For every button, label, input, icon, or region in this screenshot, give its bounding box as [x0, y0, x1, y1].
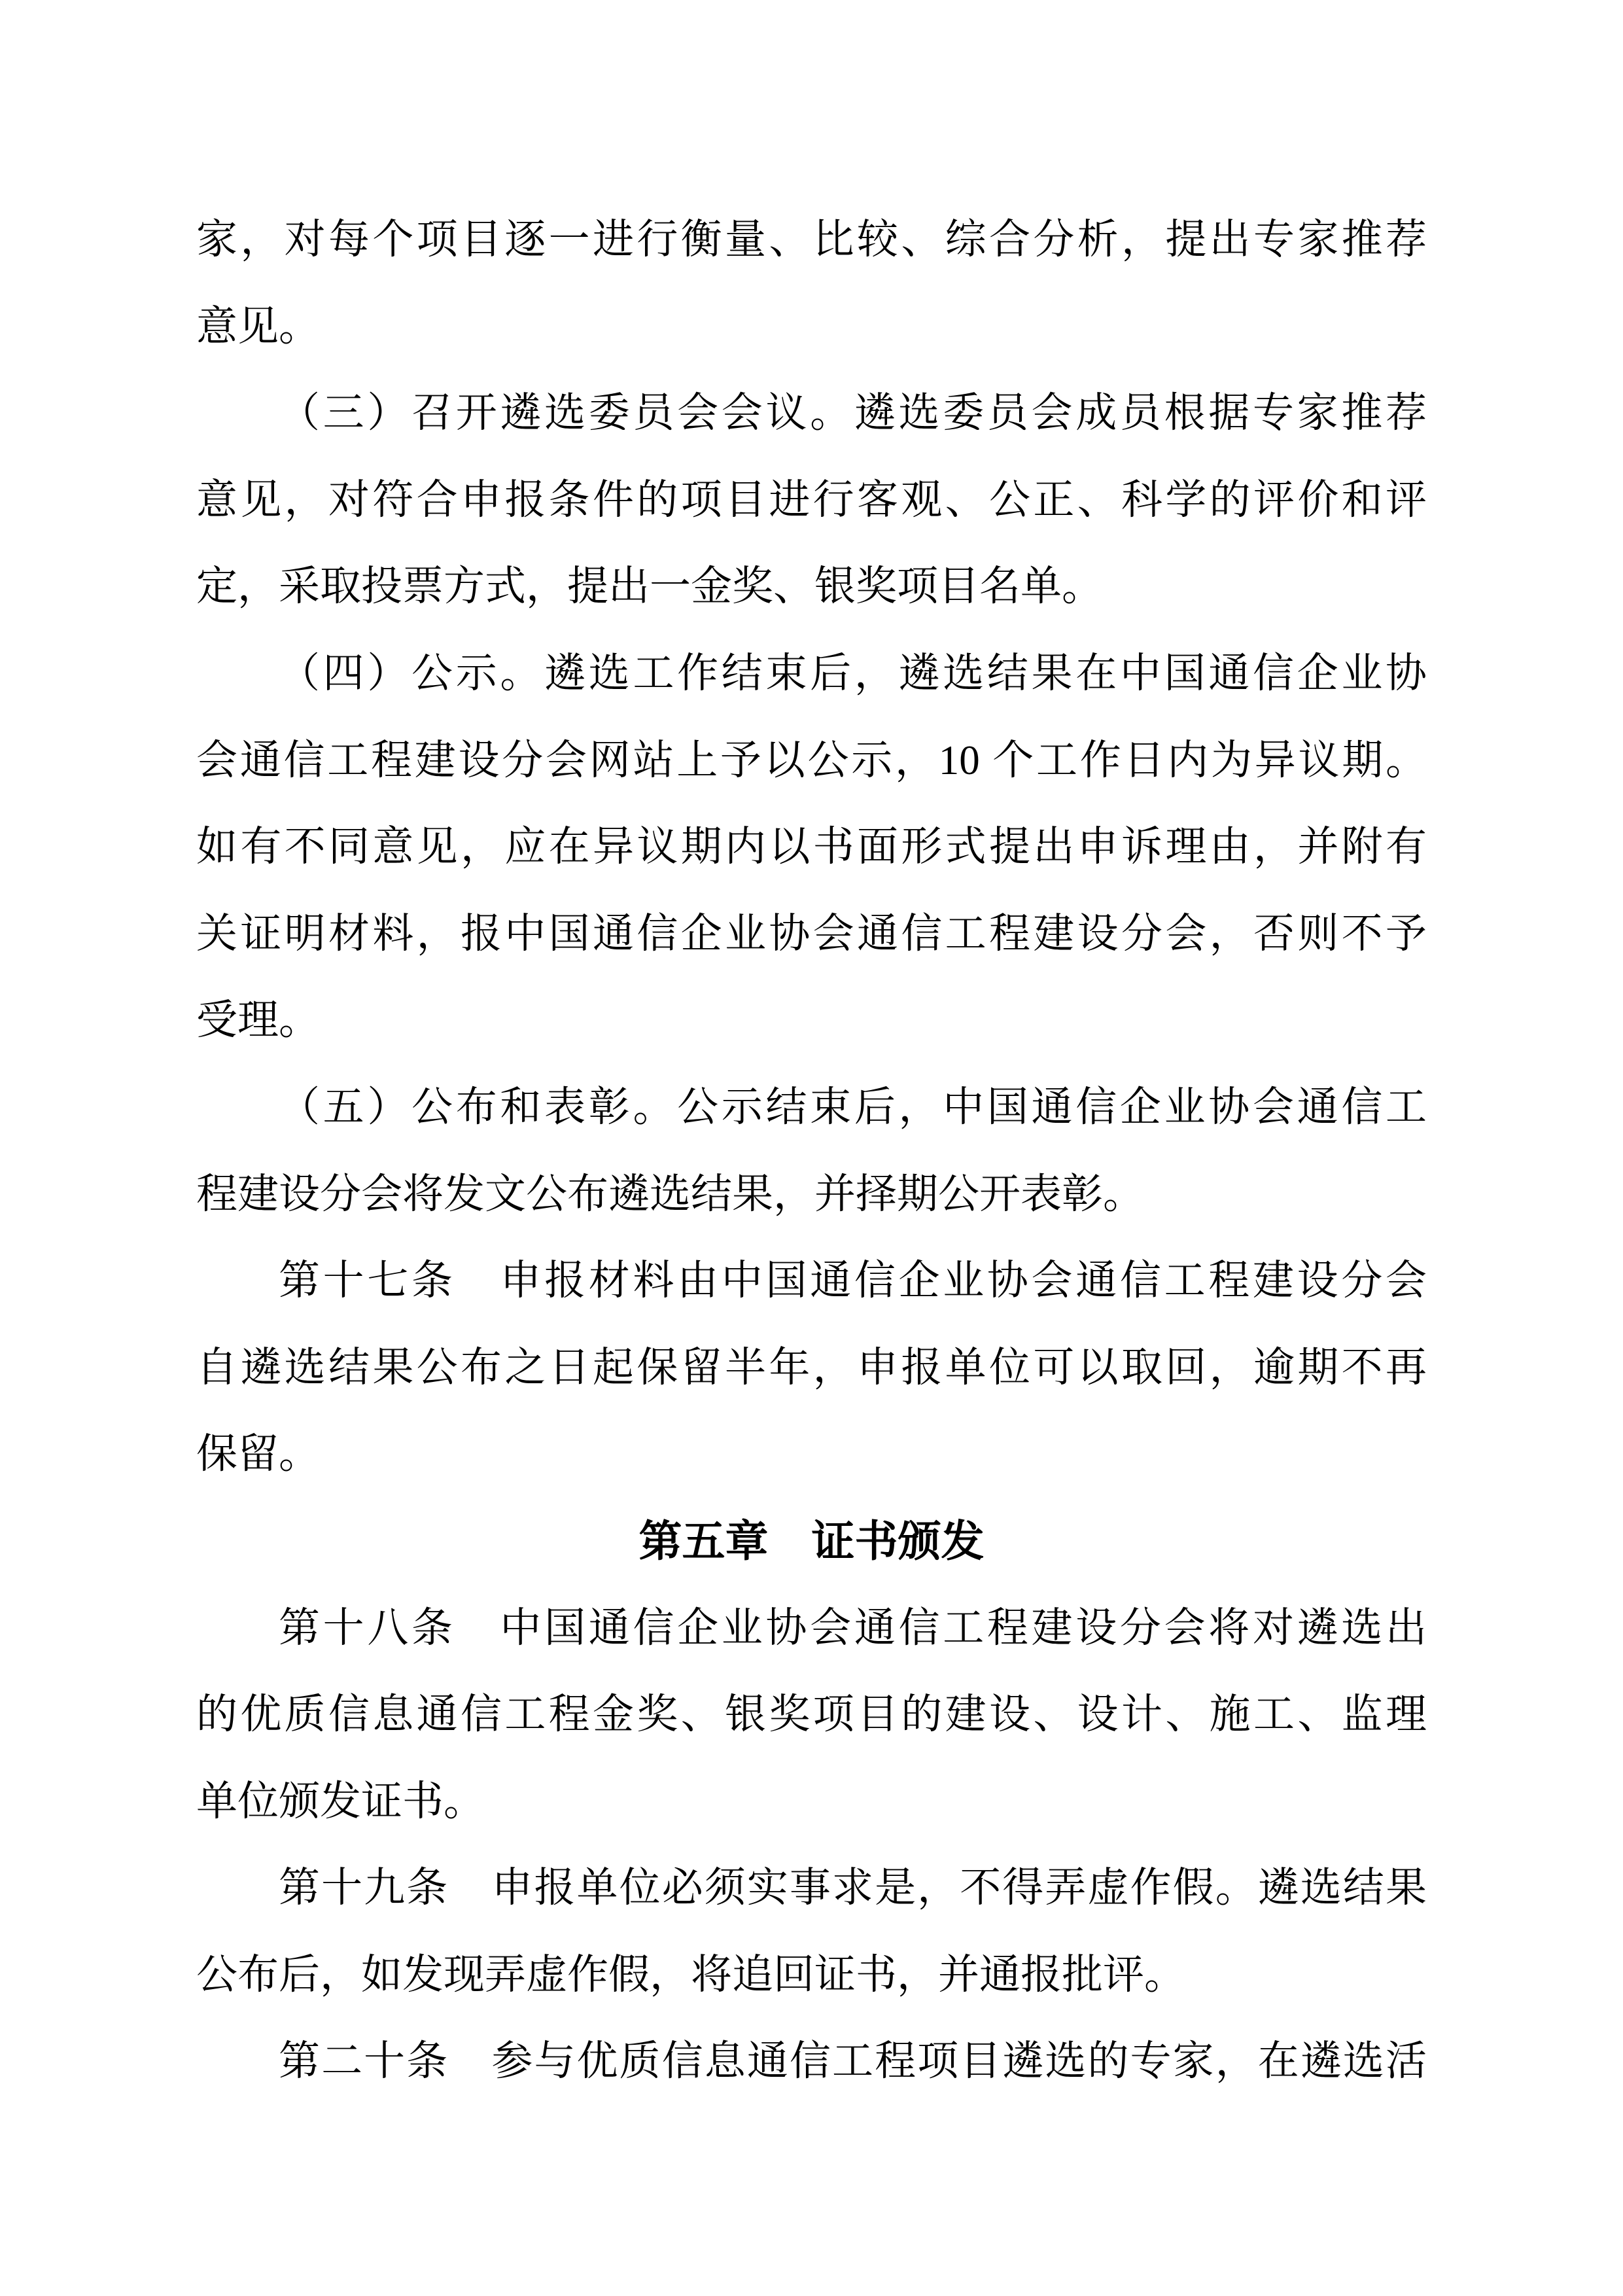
text-column: 家，对每个项目逐一进行衡量、比较、综合分析，提出专家推荐意见。（三）召开遴选委员… [196, 196, 1427, 2105]
document-line: 的优质信息通信工程金奖、银奖项目的建设、设计、施工、监理 [196, 1671, 1427, 1758]
document-line: 第十九条 申报单位必须实事求是，不得弄虚作假。遴选结果 [196, 1845, 1427, 1932]
document-line: （三）召开遴选委员会会议。遴选委员会成员根据专家推荐 [196, 370, 1427, 457]
document-line: 保留。 [196, 1411, 1427, 1498]
document-line: （五）公布和表彰。公示结束后，中国通信企业协会通信工 [196, 1064, 1427, 1151]
document-line: 会通信工程建设分会网站上予以公示，10 个工作日内为异议期。 [196, 717, 1427, 804]
document-line: 如有不同意见，应在异议期内以书面形式提出申诉理由，并附有 [196, 804, 1427, 891]
document-line: 程建设分会将发文公布遴选结果，并择期公开表彰。 [196, 1151, 1427, 1238]
document-line: 受理。 [196, 977, 1427, 1064]
document-line: 单位颁发证书。 [196, 1758, 1427, 1845]
document-line: 定，采取投票方式，提出一金奖、银奖项目名单。 [196, 543, 1427, 630]
document-line: 家，对每个项目逐一进行衡量、比较、综合分析，提出专家推荐 [196, 196, 1427, 283]
document-line: （四）公示。遴选工作结束后，遴选结果在中国通信企业协 [196, 630, 1427, 717]
document-line: 第二十条 参与优质信息通信工程项目遴选的专家，在遴选活 [196, 2018, 1427, 2105]
document-line: 自遴选结果公布之日起保留半年，申报单位可以取回，逾期不再 [196, 1324, 1427, 1411]
document-line: 公布后，如发现弄虚作假，将追回证书，并通报批评。 [196, 1932, 1427, 2019]
document-line: 关证明材料，报中国通信企业协会通信工程建设分会，否则不予 [196, 891, 1427, 978]
document-page: 家，对每个项目逐一进行衡量、比较、综合分析，提出专家推荐意见。（三）召开遴选委员… [0, 0, 1623, 2296]
document-line: 第十八条 中国通信企业协会通信工程建设分会将对遴选出 [196, 1585, 1427, 1672]
document-line: 意见，对符合申报条件的项目进行客观、公正、科学的评价和评 [196, 457, 1427, 544]
chapter-heading: 第五章 证书颁发 [196, 1498, 1427, 1585]
document-line: 意见。 [196, 283, 1427, 370]
document-line: 第十七条 申报材料由中国通信企业协会通信工程建设分会 [196, 1237, 1427, 1324]
